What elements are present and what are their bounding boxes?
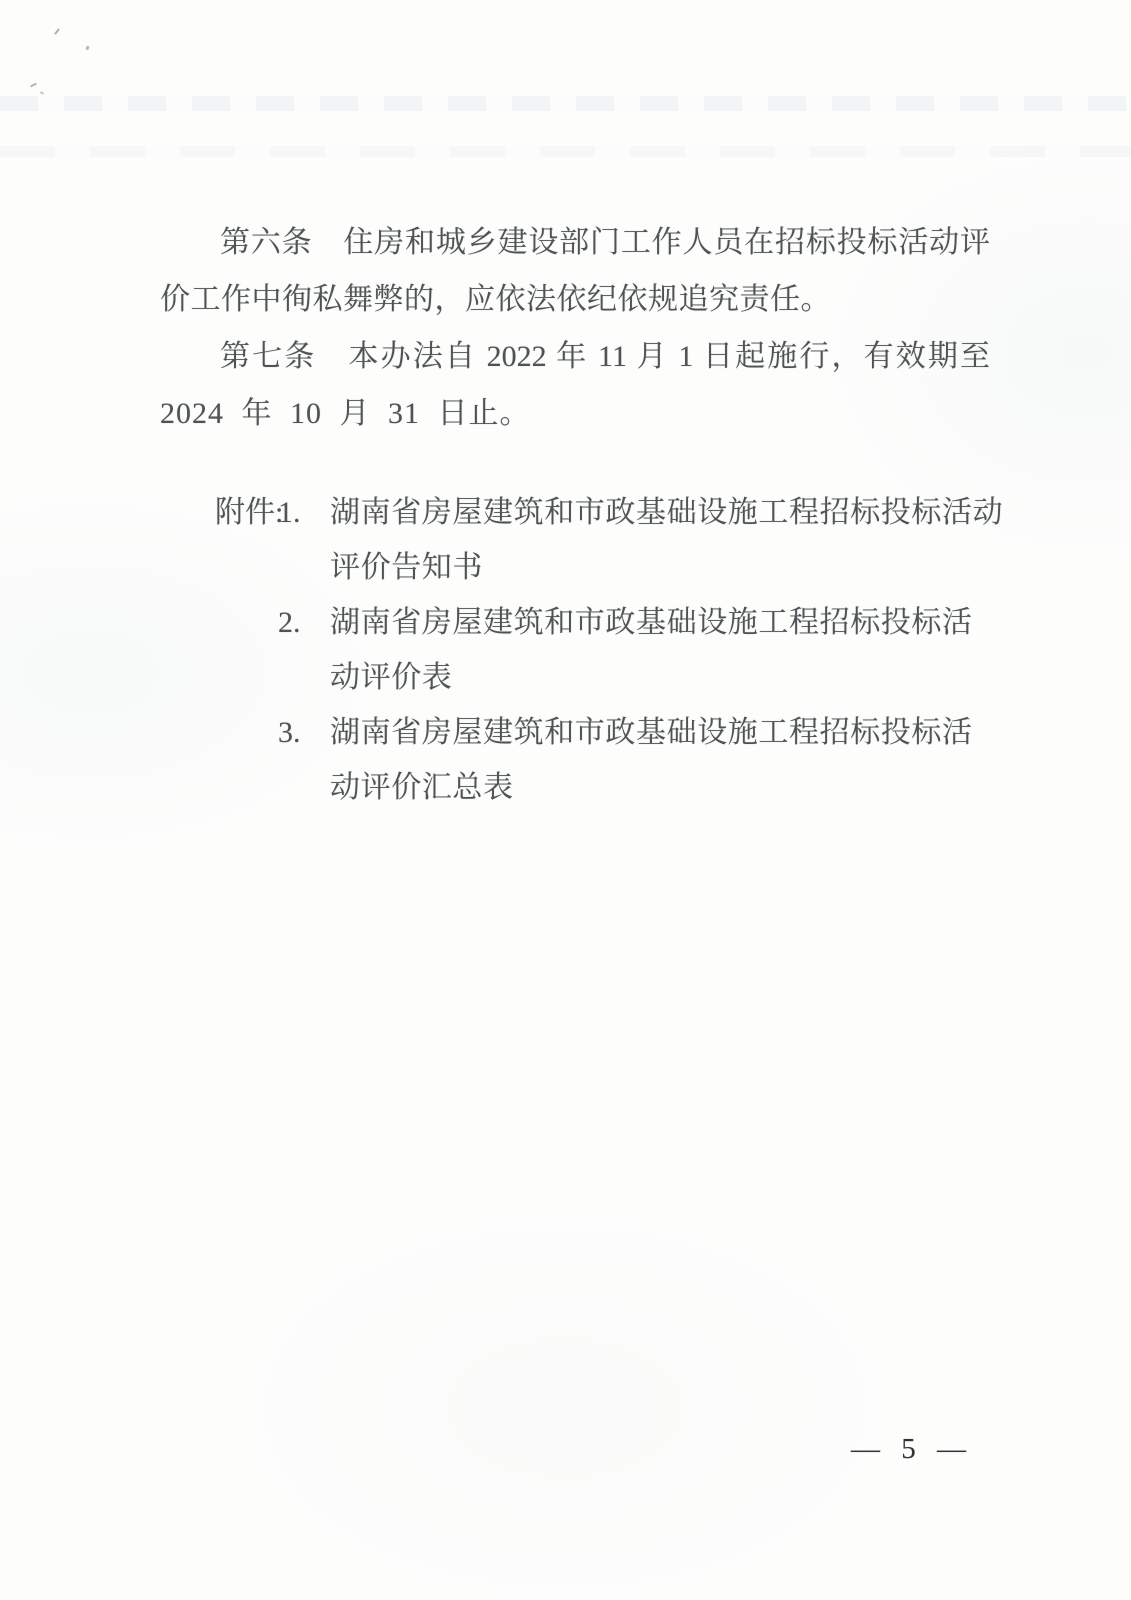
attachment-3-number: 3. [278, 716, 301, 750]
attachment-1-text-line-2: 评价告知书 [330, 551, 483, 585]
article-7-line-1: 第七条 本办法自 2022 年 11 月 1 日起施行，有效期至 [160, 340, 990, 374]
article-7-line-2: 2024 年 10 月 31 日止。 [160, 397, 531, 431]
attachment-2-text-line-2: 动评价表 [330, 661, 452, 695]
scan-artifact-band [0, 96, 1131, 111]
attachment-3-text-line-1: 湖南省房屋建筑和市政基础设施工程招标投标活 [330, 716, 973, 750]
article-6-line-2: 价工作中徇私舞弊的，应依法依纪依规追究责任。 [160, 283, 831, 317]
article-6-line-1: 第六条 住房和城乡建设部门工作人员在招标投标活动评 [160, 226, 990, 260]
attachment-2-text-line-1: 湖南省房屋建筑和市政基础设施工程招标投标活 [330, 606, 973, 640]
scan-speck [30, 82, 37, 87]
scan-artifact-band [0, 146, 1131, 157]
attachment-1-text-line-1: 湖南省房屋建筑和市政基础设施工程招标投标活动 [330, 496, 1003, 530]
page-number: — 5 — [848, 1432, 972, 1466]
attachment-3-text-line-2: 动评价汇总表 [330, 771, 514, 805]
scanned-document-page: 第六条 住房和城乡建设部门工作人员在招标投标活动评 价工作中徇私舞弊的，应依法依… [0, 0, 1131, 1600]
scan-speck [54, 28, 60, 35]
scan-speck [40, 91, 44, 95]
attachment-label: 附件: [215, 496, 283, 530]
attachment-2-number: 2. [278, 606, 301, 640]
scan-speck [85, 46, 89, 51]
attachment-1-number: 1. [278, 496, 301, 530]
